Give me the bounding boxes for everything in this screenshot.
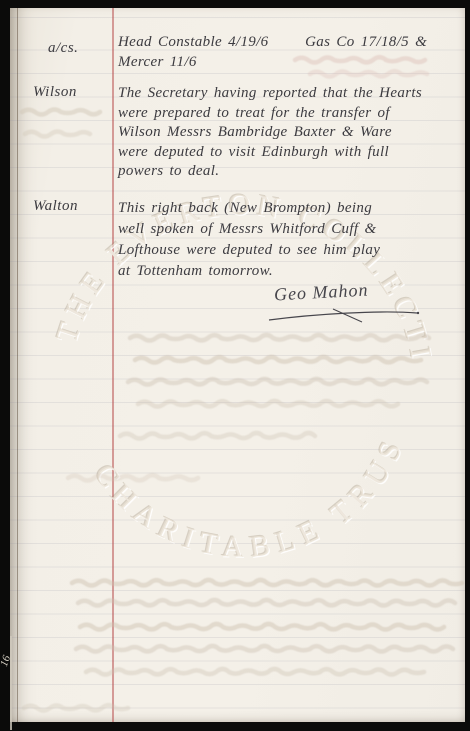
page-edge-sliver bbox=[10, 636, 12, 730]
margin-note: a/cs. bbox=[48, 40, 78, 57]
entry-text: This right back (New Brompton) being wel… bbox=[118, 198, 455, 282]
margin-note: Walton bbox=[33, 198, 78, 215]
entry-accounts: a/cs. Head Constable 4/19/6 Gas Co 17/18… bbox=[10, 32, 455, 72]
entry-wilson: Wilson The Secretary having reported tha… bbox=[10, 84, 455, 182]
entry-text: Head Constable 4/19/6 Gas Co 17/18/5 & M… bbox=[118, 32, 455, 72]
entry-text: The Secretary having reported that the H… bbox=[118, 84, 455, 182]
ledger-page: THE EVERTON COLLECTION THE EVERTON COLLE… bbox=[10, 8, 465, 722]
entry-walton: Walton This right back (New Brompton) be… bbox=[10, 198, 455, 282]
margin-note: Wilson bbox=[33, 84, 77, 101]
